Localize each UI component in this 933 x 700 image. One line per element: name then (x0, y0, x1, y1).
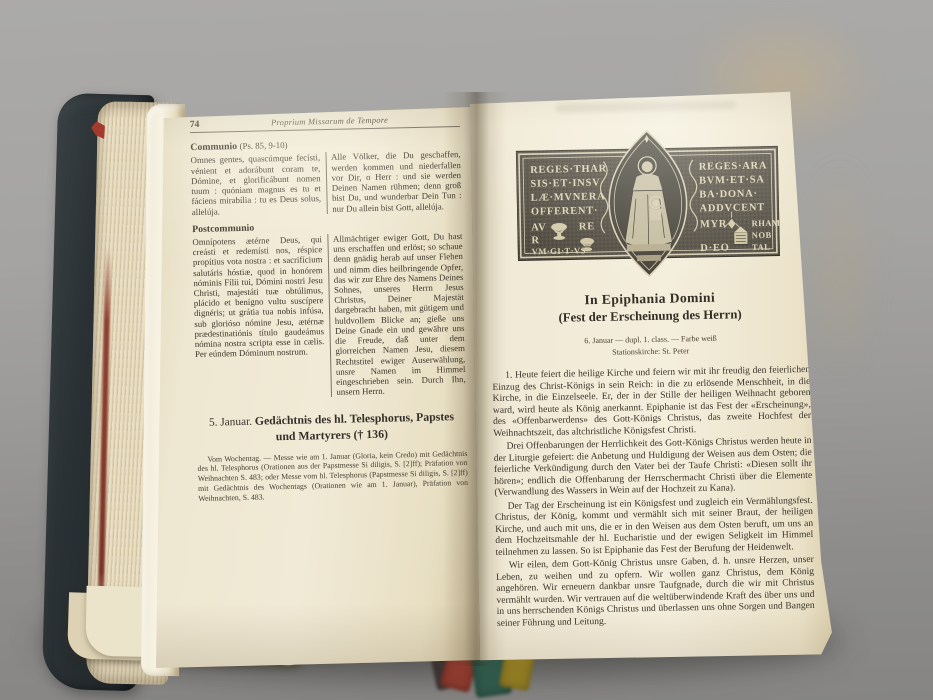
ornament-text-left-2: SIS·ET·INSV (530, 178, 600, 190)
vine-right (689, 160, 697, 232)
throne-base (627, 244, 671, 252)
madonna-halo (638, 157, 656, 175)
communio-german-text: Alle Völker, die Du geschaffen, werden k… (325, 149, 462, 213)
star-icon (645, 135, 649, 143)
postcommunio-columns: Omnípotens ætérne Deus, qui creásti et r… (192, 231, 466, 400)
january5-title: Gedächtnis des hl. Telesphorus, Papstes (255, 410, 455, 429)
ornament-text-left-3: LÆ·MVNERA (531, 191, 606, 203)
ornament-text-right-4: ADDVCENT (700, 202, 766, 214)
madonna-veil (632, 173, 662, 190)
censer-icon (724, 212, 740, 229)
ornament-outer-frame (519, 149, 777, 257)
left-page-header: 74 Proprium Missarum de Tempore (190, 113, 460, 133)
ornament-text-right-9: TAL (752, 242, 771, 252)
child-head (652, 200, 659, 207)
epiphany-woodcut-ornament: REGES·THAR SIS·ET·INSV LÆ·MVNERA OFFEREN… (516, 127, 781, 281)
ornament-text-right-2: BVM·ET·SA (699, 174, 765, 186)
show-through-text-ghost (556, 100, 736, 112)
communio-psalm-ref: (Ps. 85, 9-10) (239, 140, 287, 151)
epiphany-paragraph-1: 1. Heute feiert die heilige Kirche und f… (492, 364, 811, 439)
ornament-text-left-7: R (531, 235, 540, 246)
postcommunio-latin-text: Omnípotens ætérne Deus, qui creásti et r… (192, 234, 330, 400)
epiphany-paragraph-2: Drei Offenbarungen der Herrlichkeit des … (493, 435, 812, 499)
madonna-robe (624, 190, 673, 247)
photo-of-open-missal: 74 Proprium Missarum de Tempore Communio… (0, 0, 933, 700)
robe-fold-lines (632, 194, 665, 246)
epiphany-paragraph-4: Wir eilen, dem Gott-König Christus unsre… (496, 554, 815, 629)
ornament-text-left-1: REGES·THAR (530, 163, 607, 175)
feast-title-latin: In Epiphania Domini (491, 288, 809, 310)
page-number: 74 (190, 119, 200, 130)
feast-rubric: 6. Januar — dupl. 1. class. — Farbe weiß… (491, 330, 809, 361)
ornament-text-right-6: RHAM (751, 218, 780, 229)
mandorla-inner-line (613, 136, 683, 270)
chalice-icon-left-1 (551, 223, 567, 240)
january5-heading: 5. Januar. Gedächtnis des hl. Telesphoru… (196, 409, 467, 446)
postcommunio-label: Postcommunio (192, 222, 254, 234)
january5-title-line2: und Martyrers († 136) (276, 427, 388, 444)
ornament-text-right-8: D·EO (700, 243, 729, 255)
communio-columns: Omnes gentes, quascúmque fecísti, vénien… (191, 149, 462, 216)
january5-date: 5. Januar. (209, 416, 255, 429)
left-page-content: 74 Proprium Missarum de Tempore Communio… (190, 113, 469, 503)
communio-heading: Communio (Ps. 85, 9-10) (190, 136, 460, 153)
child-halo (650, 196, 662, 208)
ornament-text-left-8: VM·GI·T·VS (532, 245, 586, 256)
footstool (637, 255, 661, 261)
postcommunio-german-text: Allmächtiger ewiger Gott, Du hast uns er… (327, 231, 466, 397)
feast-rubric-date-class-color: 6. Januar — dupl. 1. class. — Farbe weiß (491, 330, 809, 348)
left-page: 74 Proprium Missarum de Tempore Communio… (150, 102, 480, 672)
ornament-text-left-6: RE (579, 221, 595, 232)
myrrh-tower-icon (734, 226, 748, 244)
right-page-content: REGES·THAR SIS·ET·INSV LÆ·MVNERA OFFEREN… (487, 99, 815, 629)
running-header: Proprium Missarum de Tempore (199, 114, 460, 130)
chalice-icon-left-2 (580, 238, 594, 252)
ornament-panel-background (516, 146, 780, 260)
ornament-text-right-5: MYR (700, 219, 727, 231)
ornament-text-left-5: AV (531, 222, 546, 233)
feast-title-german: (Fest der Erscheinung des Herrn) (491, 306, 809, 327)
mandorla (608, 130, 688, 276)
ornament-inner-frame (523, 153, 773, 253)
feast-rubric-station-church: Stationskirche: St. Peter (492, 343, 810, 361)
ornament-text-right-3: BA·DONA· (699, 188, 758, 200)
ornament-text-right-1: REGES·ARA (699, 160, 768, 172)
epiphany-paragraph-3: Der Tag der Erscheinung ist ein Königsfe… (495, 495, 814, 559)
ornament-text-left-4: OFFERENT· (531, 205, 598, 217)
vine-left (600, 162, 608, 234)
child-body (650, 207, 662, 220)
madonna-head (642, 161, 653, 172)
january5-rubric: Vom Wochentag. — Messe wie am 1. Januar … (197, 449, 468, 504)
right-page: REGES·THAR SIS·ET·INSV LÆ·MVNERA OFFEREN… (466, 86, 836, 666)
communio-latin-text: Omnes gentes, quascúmque fecísti, vénien… (191, 153, 327, 217)
communio-label: Communio (190, 141, 237, 153)
ornament-text-right-7: NOB (752, 230, 772, 240)
postcommunio-heading: Postcommunio (192, 218, 462, 235)
